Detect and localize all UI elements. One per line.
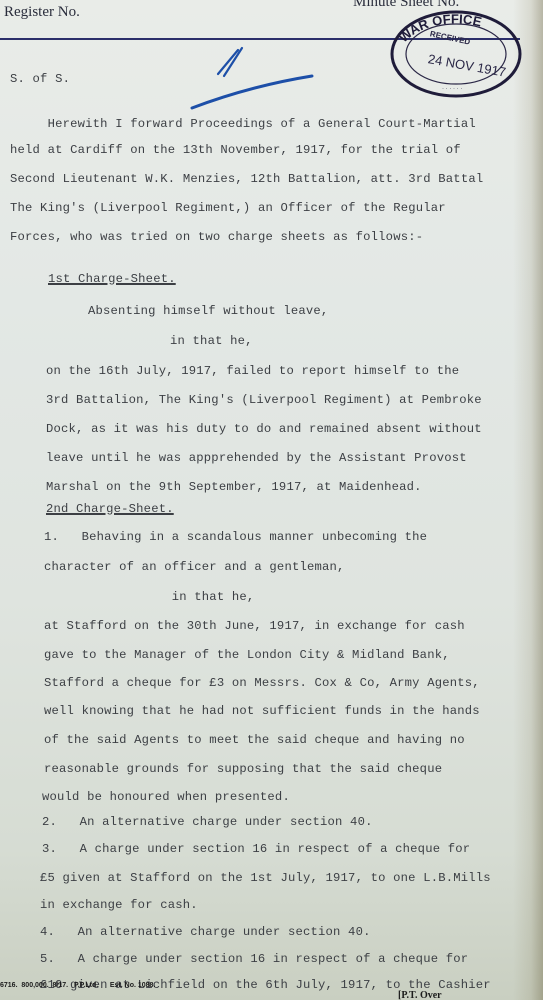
charge-sheet-2-line: 3. A charge under section 16 in respect … [42, 842, 470, 856]
charge-sheet-2-line: 1. Behaving in a scandalous manner unbec… [44, 530, 427, 544]
charge-sheet-2-line: in that he, [44, 590, 254, 604]
charge-sheet-2-line: 4. An alternative charge under section 4… [40, 925, 371, 939]
in-that-he: in that he, [170, 334, 253, 348]
charge-sheet-2-line: Stafford a cheque for £3 on Messrs. Cox … [44, 676, 480, 690]
charge-sheet-2-line: of the said Agents to meet the said cheq… [44, 733, 465, 747]
intro-line: The King's (Liverpool Regiment,) an Offi… [10, 201, 446, 215]
particulars-line: Dock, as it was his duty to do and remai… [46, 422, 482, 436]
war-office-received-stamp: WAR OFFICE RECEIVED 24 NOV 1917 · · · · … [388, 6, 524, 100]
svg-text:RECEIVED: RECEIVED [429, 29, 471, 46]
particulars-line: leave until he was appprehended by the A… [46, 451, 467, 465]
register-number-label: Register No. [4, 4, 80, 21]
svg-text:· · · · · ·: · · · · · · [442, 86, 462, 92]
charge-sheet-2-line: would be honoured when presented. [42, 790, 290, 804]
charge-sheet-1-heading: 1st Charge-Sheet. [48, 272, 176, 286]
particulars-line: 3rd Battalion, The King's (Liverpool Reg… [46, 393, 482, 407]
svg-text:24 NOV 1917: 24 NOV 1917 [427, 51, 507, 79]
print-info: 6716. 800,000. 8/17. P.P.Ltd. Est. No. 1… [0, 982, 155, 989]
charge-sheet-2-line: character of an officer and a gentleman, [44, 560, 345, 574]
particulars-line: Marshal on the 9th September, 1917, at M… [46, 480, 422, 494]
charge-sheet-2-heading: 2nd Charge-Sheet. [46, 502, 174, 516]
page-edge-shadow [513, 0, 543, 1000]
charge-sheet-2-line: gave to the Manager of the London City &… [44, 648, 450, 662]
charge-sheet-2-line: reasonable grounds for supposing that th… [44, 762, 442, 776]
charge-sheet-2-line: £5 given at Stafford on the 1st July, 19… [40, 871, 491, 885]
intro-line: Herewith I forward Proceedings of a Gene… [10, 117, 476, 131]
charge-sheet-2-line: 2. An alternative charge under section 4… [42, 815, 373, 829]
intro-line: Forces, who was tried on two charge shee… [10, 230, 423, 244]
charge-sheet-2-line: well knowing that he had not sufficient … [44, 704, 480, 718]
intro-line: held at Cardiff on the 13th November, 19… [10, 143, 461, 157]
charge-1-text: Absenting himself without leave, [88, 304, 328, 318]
charge-sheet-2-line: in exchange for cash. [40, 898, 198, 912]
addressee: S. of S. [10, 72, 70, 86]
charge-sheet-2-line: at Stafford on the 30th June, 1917, in e… [44, 619, 465, 633]
blue-pencil-mark [190, 46, 320, 116]
please-turn-over: [P.T. Over [398, 990, 442, 1000]
charge-sheet-2-line: 5. A charge under section 16 in respect … [40, 952, 468, 966]
intro-line: Second Lieutenant W.K. Menzies, 12th Bat… [10, 172, 483, 186]
particulars-line: on the 16th July, 1917, failed to report… [46, 364, 459, 378]
